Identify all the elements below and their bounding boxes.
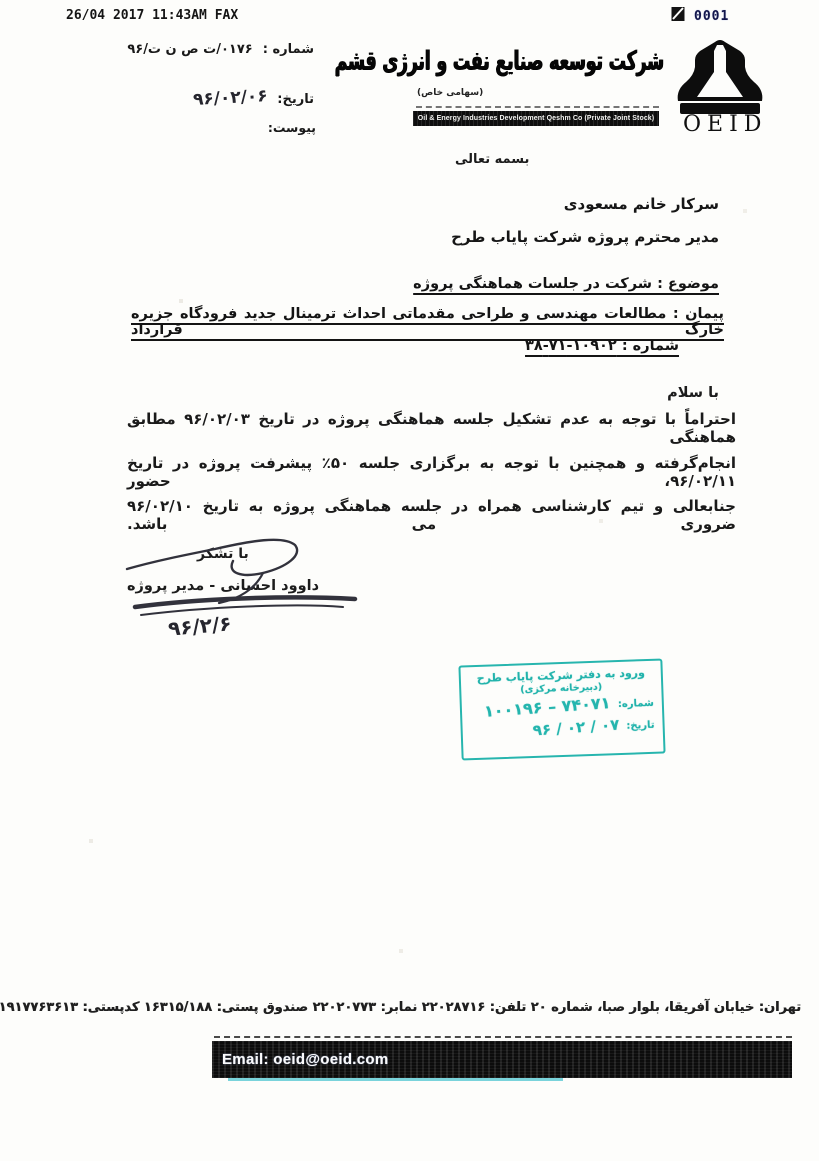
body-line-1: احتراماً با توجه به عدم تشکیل جلسه هماهن… [127, 410, 736, 446]
body-line-2: انجام‌گرفته و همچنین با توجه به برگزاری … [127, 454, 736, 490]
registry-stamp: ورود به دفتر شرکت پایاب طرح (دبیرخانه مر… [458, 658, 665, 760]
fax-timestamp: 26/04 2017 11:43AM FAX [66, 8, 238, 23]
contract-number-line: شماره : ۱۰۹۰۲-۷۱-۳۸ [525, 338, 679, 354]
stamp-number-label: شماره: [618, 698, 654, 710]
oeid-abbreviation: OEID [683, 112, 767, 137]
salutation: با سلام [667, 385, 719, 401]
email-bar: Email: oeid@oeid.com [212, 1041, 792, 1078]
date-row: تاریخ:۹۶/۰۲/۰۶ [193, 88, 314, 108]
attachment-row: پیوست: [268, 120, 316, 135]
footer-divider [214, 1036, 792, 1038]
company-name-english-bar: Oil & Energy Industries Development Qesh… [413, 111, 659, 126]
footer-contact-line: تهران: خیابان آفریقا، بلوار صبا، شماره ۲… [28, 1000, 801, 1015]
contract-line: پیمان : مطالعات مهندسی و طراحی مقدماتی ا… [131, 306, 724, 338]
fax-document-icon [671, 6, 685, 26]
company-type: (سهامی خاص) [417, 88, 483, 98]
date-handwritten-value: ۹۶/۰۲/۰۶ [192, 86, 268, 110]
email-address: Email: oeid@oeid.com [222, 1051, 389, 1068]
recipient-name: سرکار خانم مسعودی [451, 188, 719, 221]
ref-number-row: شماره :۰۱۷۶/ت ص ن ت/۹۶ [127, 42, 314, 57]
company-name-calligraphy: شرکت توسعه صنایع نفت و انرژی قشم [420, 46, 664, 77]
subject-line: موضوع : شرکت در جلسات هماهنگی پروژه [413, 276, 719, 292]
scan-artifact-line [228, 1078, 563, 1081]
stamp-date-label: تاریخ: [626, 719, 655, 731]
recipient-block: سرکار خانم مسعودی مدیر محترم پروژه شرکت … [451, 188, 719, 254]
recipient-title: مدیر محترم پروژه شرکت پایاب طرح [451, 221, 719, 254]
stamp-date-value: ۹۶ / ۰۲ / ۰۷ [532, 716, 620, 740]
body-line-3: جنابعالی و تیم کارشناسی همراه در جلسه هم… [127, 497, 736, 533]
date-label: تاریخ: [267, 92, 314, 107]
bismillah: بسمه تعالی [455, 152, 529, 167]
fax-page-number: 0001 [694, 9, 729, 24]
signature-scribble [115, 533, 365, 657]
stamp-number-row: شماره: ۱۰۰۱۹۶ – ۷۴۰۷۱ [470, 694, 655, 719]
fax-letter-page: 26/04 2017 11:43AM FAX 0001 شماره :۰۱۷۶/… [0, 0, 819, 1161]
scan-noise [0, 0, 2, 2]
fax-page-indicator: 0001 [671, 6, 729, 26]
attachment-label: پیوست: [268, 120, 316, 135]
ref-number-label: شماره : [253, 42, 314, 57]
letterhead-divider [416, 106, 659, 108]
ref-number-value: ۰۱۷۶/ت ص ن ت/۹۶ [127, 42, 252, 57]
